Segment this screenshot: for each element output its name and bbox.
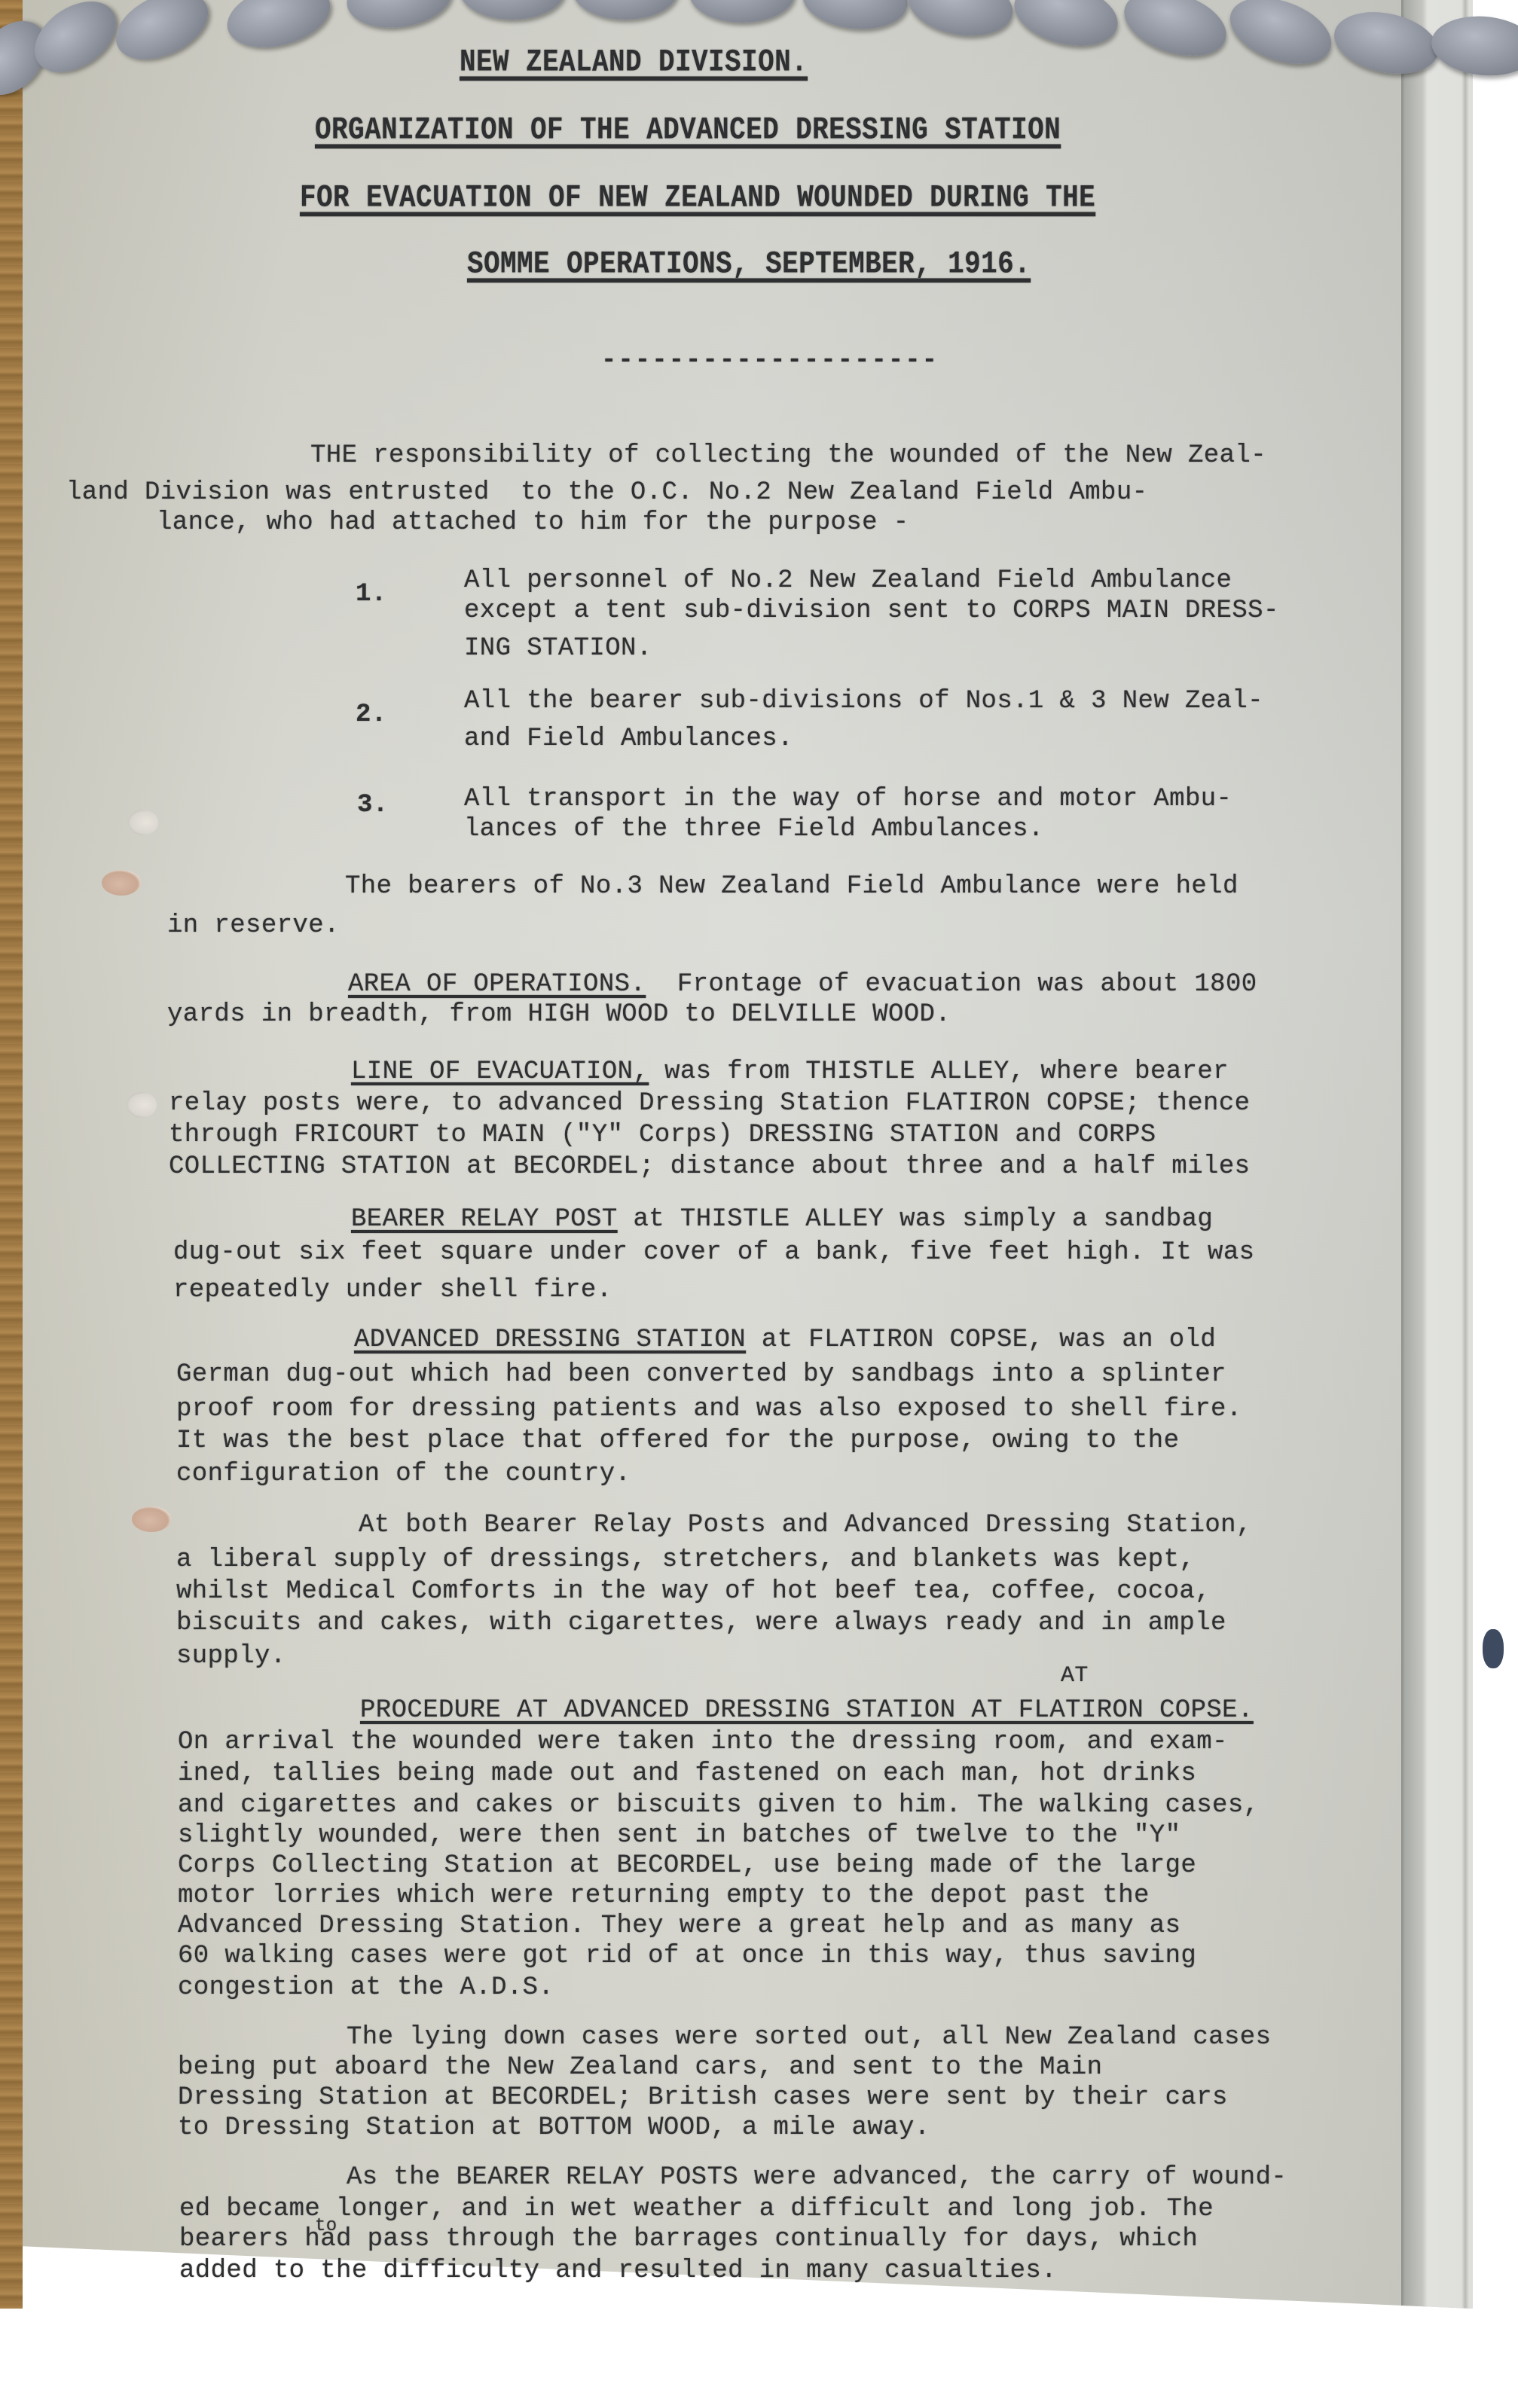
text-line: a liberal supply of dressings, stretcher… bbox=[176, 1546, 1195, 1574]
text-line: ING STATION. bbox=[464, 634, 652, 663]
text-line: It was the best place that offered for t… bbox=[176, 1427, 1179, 1455]
text-line: lance, who had attached to him for the p… bbox=[157, 508, 909, 537]
text-line: German dug-out which had been converted … bbox=[176, 1360, 1226, 1389]
title-line-4: SOMME OPERATIONS, SEPTEMBER, 1916. bbox=[467, 246, 1031, 282]
text-line: proof room for dressing patients and was… bbox=[176, 1395, 1242, 1424]
text-segment: at FLATIRON COPSE, was an old bbox=[746, 1326, 1216, 1354]
text-line: All personnel of No.2 New Zealand Field … bbox=[464, 566, 1232, 595]
text-line: ined, tallies being made out and fastene… bbox=[178, 1759, 1196, 1788]
list-number: 3. bbox=[357, 791, 389, 819]
text-line: except a tent sub-division sent to CORPS… bbox=[464, 597, 1279, 625]
text-line: Advanced Dressing Station. They were a g… bbox=[178, 1912, 1180, 1940]
text-line: yards in breadth, from HIGH WOOD to DELV… bbox=[167, 1000, 951, 1029]
section-heading: ADVANCED DRESSING STATION bbox=[354, 1326, 746, 1354]
text-line: through FRICOURT to MAIN ("Y" Corps) DRE… bbox=[169, 1121, 1156, 1149]
text-line: added to the difficulty and resulted in … bbox=[179, 2257, 1057, 2285]
list-number: 2. bbox=[356, 700, 387, 729]
text-line: congestion at the A.D.S. bbox=[178, 1973, 554, 2002]
typewritten-text: NEW ZEALAND DIVISION. ORGANIZATION OF TH… bbox=[0, 0, 1518, 2408]
text-line: whilst Medical Comforts in the way of ho… bbox=[176, 1577, 1211, 1606]
text-line: lances of the three Field Ambulances. bbox=[464, 815, 1044, 844]
text-line: THE responsibility of collecting the wou… bbox=[310, 441, 1266, 470]
text-line: As the BEARER RELAY POSTS were advanced,… bbox=[347, 2163, 1287, 2192]
section-heading: BEARER RELAY POST bbox=[351, 1205, 618, 1234]
text-line: in reserve. bbox=[167, 911, 340, 940]
text-line: 60 walking cases were got rid of at once… bbox=[178, 1942, 1196, 1970]
section-heading: AREA OF OPERATIONS. bbox=[348, 970, 646, 999]
text-line: dug-out six feet square under cover of a… bbox=[173, 1238, 1254, 1267]
handwritten-correction: AT bbox=[1061, 1663, 1089, 1689]
text-line: to Dressing Station at BOTTOM WOOD, a mi… bbox=[178, 2113, 930, 2142]
text-line: and Field Ambulances. bbox=[464, 725, 793, 753]
text-line: biscuits and cakes, with cigarettes, wer… bbox=[176, 1609, 1226, 1637]
text-line: motor lorries which were returning empty… bbox=[178, 1882, 1150, 1910]
text-line: On arrival the wounded were taken into t… bbox=[178, 1728, 1228, 1756]
text-segment: was from THISTLE ALLEY, where bearer bbox=[649, 1058, 1229, 1086]
text-segment: at THISTLE ALLEY was simply a sandbag bbox=[618, 1205, 1214, 1234]
text-line: slightly wounded, were then sent in batc… bbox=[178, 1821, 1180, 1850]
title-line-1: NEW ZEALAND DIVISION. bbox=[460, 44, 808, 80]
text-line: At both Bearer Relay Posts and Advanced … bbox=[359, 1511, 1252, 1540]
text-line: relay posts were, to advanced Dressing S… bbox=[169, 1089, 1250, 1118]
section-heading: LINE OF EVACUATION, bbox=[351, 1058, 649, 1086]
ink-mark bbox=[1483, 1629, 1504, 1668]
text-line: All transport in the way of horse and mo… bbox=[464, 785, 1232, 813]
text-line: The lying down cases were sorted out, al… bbox=[347, 2023, 1271, 2052]
text-line: COLLECTING STATION at BECORDEL; distance… bbox=[169, 1152, 1250, 1181]
text-line: Corps Collecting Station at BECORDEL, us… bbox=[178, 1851, 1196, 1880]
title-line-3: FOR EVACUATION OF NEW ZEALAND WOUNDED DU… bbox=[300, 180, 1095, 215]
text-line: being put aboard the New Zealand cars, a… bbox=[178, 2053, 1102, 2082]
text-line: supply. bbox=[176, 1642, 286, 1671]
list-number: 1. bbox=[356, 580, 387, 609]
section-heading: PROCEDURE AT ADVANCED DRESSING STATION A… bbox=[360, 1696, 1254, 1725]
text-line: land Division was entrusted to the O.C. … bbox=[66, 478, 1147, 507]
text-line: bearers had pass through the barrages co… bbox=[179, 2225, 1198, 2254]
text-segment: Frontage of evacuation was about 1800 bbox=[646, 970, 1257, 999]
separator-line: -------------------- bbox=[601, 346, 939, 375]
text-line: repeatedly under shell fire. bbox=[173, 1276, 612, 1305]
text-line: The bearers of No.3 New Zealand Field Am… bbox=[345, 872, 1239, 901]
text-line: and cigarettes and cakes or biscuits giv… bbox=[178, 1791, 1259, 1820]
text-line: configuration of the country. bbox=[176, 1460, 631, 1488]
text-line: All the bearer sub-divisions of Nos.1 & … bbox=[464, 687, 1263, 716]
title-line-2: ORGANIZATION OF THE ADVANCED DRESSING ST… bbox=[315, 112, 1061, 148]
text-line: Dressing Station at BECORDEL; British ca… bbox=[178, 2083, 1228, 2112]
